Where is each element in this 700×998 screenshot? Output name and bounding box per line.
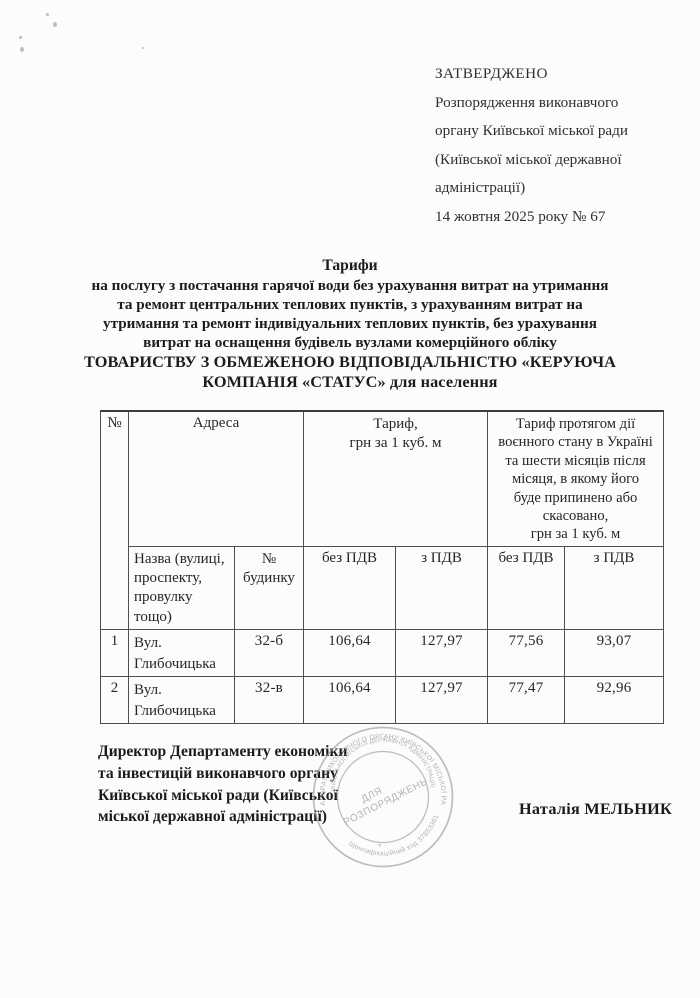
header-cell-vat: з ПДВ [396,546,488,629]
cell-building: 32-б [235,630,304,677]
approval-block: ЗАТВЕРДЖЕНО Розпорядження виконавчого ор… [435,60,675,232]
cell-row-num: 2 [101,677,129,724]
approval-line: Розпорядження виконавчого [435,89,675,118]
cell-building: 32-в [235,677,304,724]
company-name-line: КОМПАНІЯ «СТАТУС» для населення [40,372,660,392]
cell-row-num: 1 [101,630,129,677]
official-stamp: АПАРАТ ВИКОНАВЧОГО ОРГАНУ КИЇВСЬКОЇ МІСЬ… [303,717,463,877]
cell-tariff-no-vat: 106,64 [304,630,396,677]
title-line: на послугу з постачання гарячої води без… [40,276,660,295]
header-cell-building: № будинку [235,546,304,629]
cell-street: Вул. Глибочицька [129,630,235,677]
cell-tariff-vat: 127,97 [396,630,488,677]
scan-speck [46,13,49,16]
cell-war-no-vat: 77,56 [488,630,565,677]
document-title-block: Тарифи на послугу з постачання гарячої в… [40,256,660,392]
approval-line: (Київської міської державної [435,146,675,175]
approval-line: органу Київської міської ради [435,117,675,146]
header-cell-street: Назва (вулиці, проспекту, провулку тощо) [129,546,235,629]
cell-war-vat: 93,07 [565,630,664,677]
document-page: ЗАТВЕРДЖЕНО Розпорядження виконавчого ор… [0,0,700,998]
scan-speck [142,47,144,49]
cell-war-no-vat: 77,47 [488,677,565,724]
cell-street: Вул. Глибочицька [129,677,235,724]
stamp-asterisk: * [378,842,382,852]
scan-speck [20,47,24,52]
approval-date: 14 жовтня 2025 року № 67 [435,203,675,232]
header-cell-war-tariff-group: Тариф протягом дії воєнного стану в Укра… [488,411,664,546]
header-cell-no-vat: без ПДВ [304,546,396,629]
header-cell-no-vat: без ПДВ [488,546,565,629]
tariff-table: № Адреса Тариф, грн за 1 куб. м Тариф пр… [100,410,664,724]
table-header-row-groups: № Адреса Тариф, грн за 1 куб. м Тариф пр… [101,411,664,546]
approval-line: адміністрації) [435,174,675,203]
stamp-center-text: ДЛЯ РОЗПОРЯДЖЕНЬ [336,765,429,828]
header-cell-tariff-group: Тариф, грн за 1 куб. м [304,411,488,546]
title-line: утримання та ремонт індивідуальних тепло… [40,314,660,333]
page-title: Тарифи [40,256,660,276]
scan-speck [53,22,57,27]
title-line: та ремонт центральних теплових пунктів, … [40,295,660,314]
header-cell-address-group: Адреса [129,411,304,546]
table-row: 1 Вул. Глибочицька 32-б 106,64 127,97 77… [101,630,664,677]
signer-name: Наталія МЕЛЬНИК [519,800,672,819]
header-cell-num: № [101,411,129,630]
cell-war-vat: 92,96 [565,677,664,724]
scan-speck [19,36,22,39]
table-header-row-sub: Назва (вулиці, проспекту, провулку тощо)… [101,546,664,629]
svg-text:РОЗПОРЯДЖЕНЬ: РОЗПОРЯДЖЕНЬ [342,776,429,828]
approval-heading: ЗАТВЕРДЖЕНО [435,60,675,89]
company-name-line: ТОВАРИСТВУ З ОБМЕЖЕНОЮ ВІДПОВІДАЛЬНІСТЮ … [40,352,660,372]
header-cell-vat: з ПДВ [565,546,664,629]
title-line: витрат на оснащення будівель вузлами ком… [40,333,660,352]
